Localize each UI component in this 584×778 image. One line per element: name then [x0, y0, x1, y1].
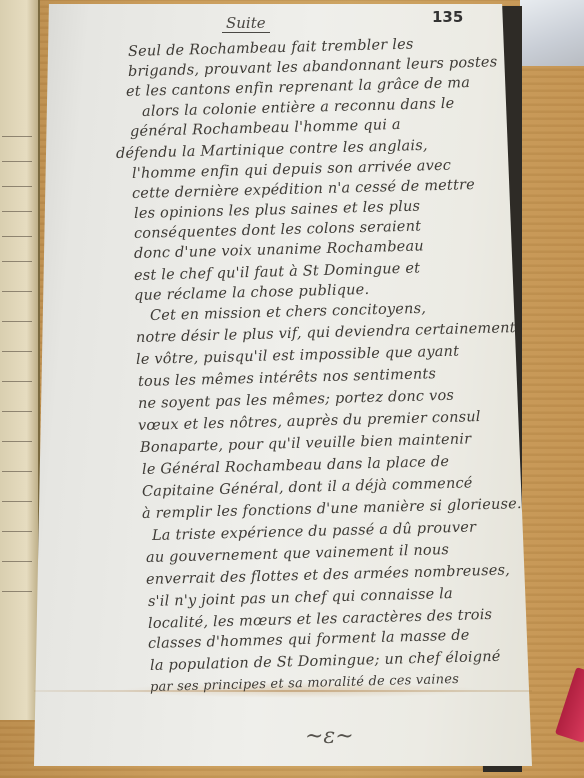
manuscript-text-lower: par ses principes et sa moralité de ces … — [0, 0, 584, 778]
closing-flourish: ~ɛ~ — [305, 724, 354, 749]
text-line: par ses principes et sa moralité de ces … — [150, 672, 459, 695]
